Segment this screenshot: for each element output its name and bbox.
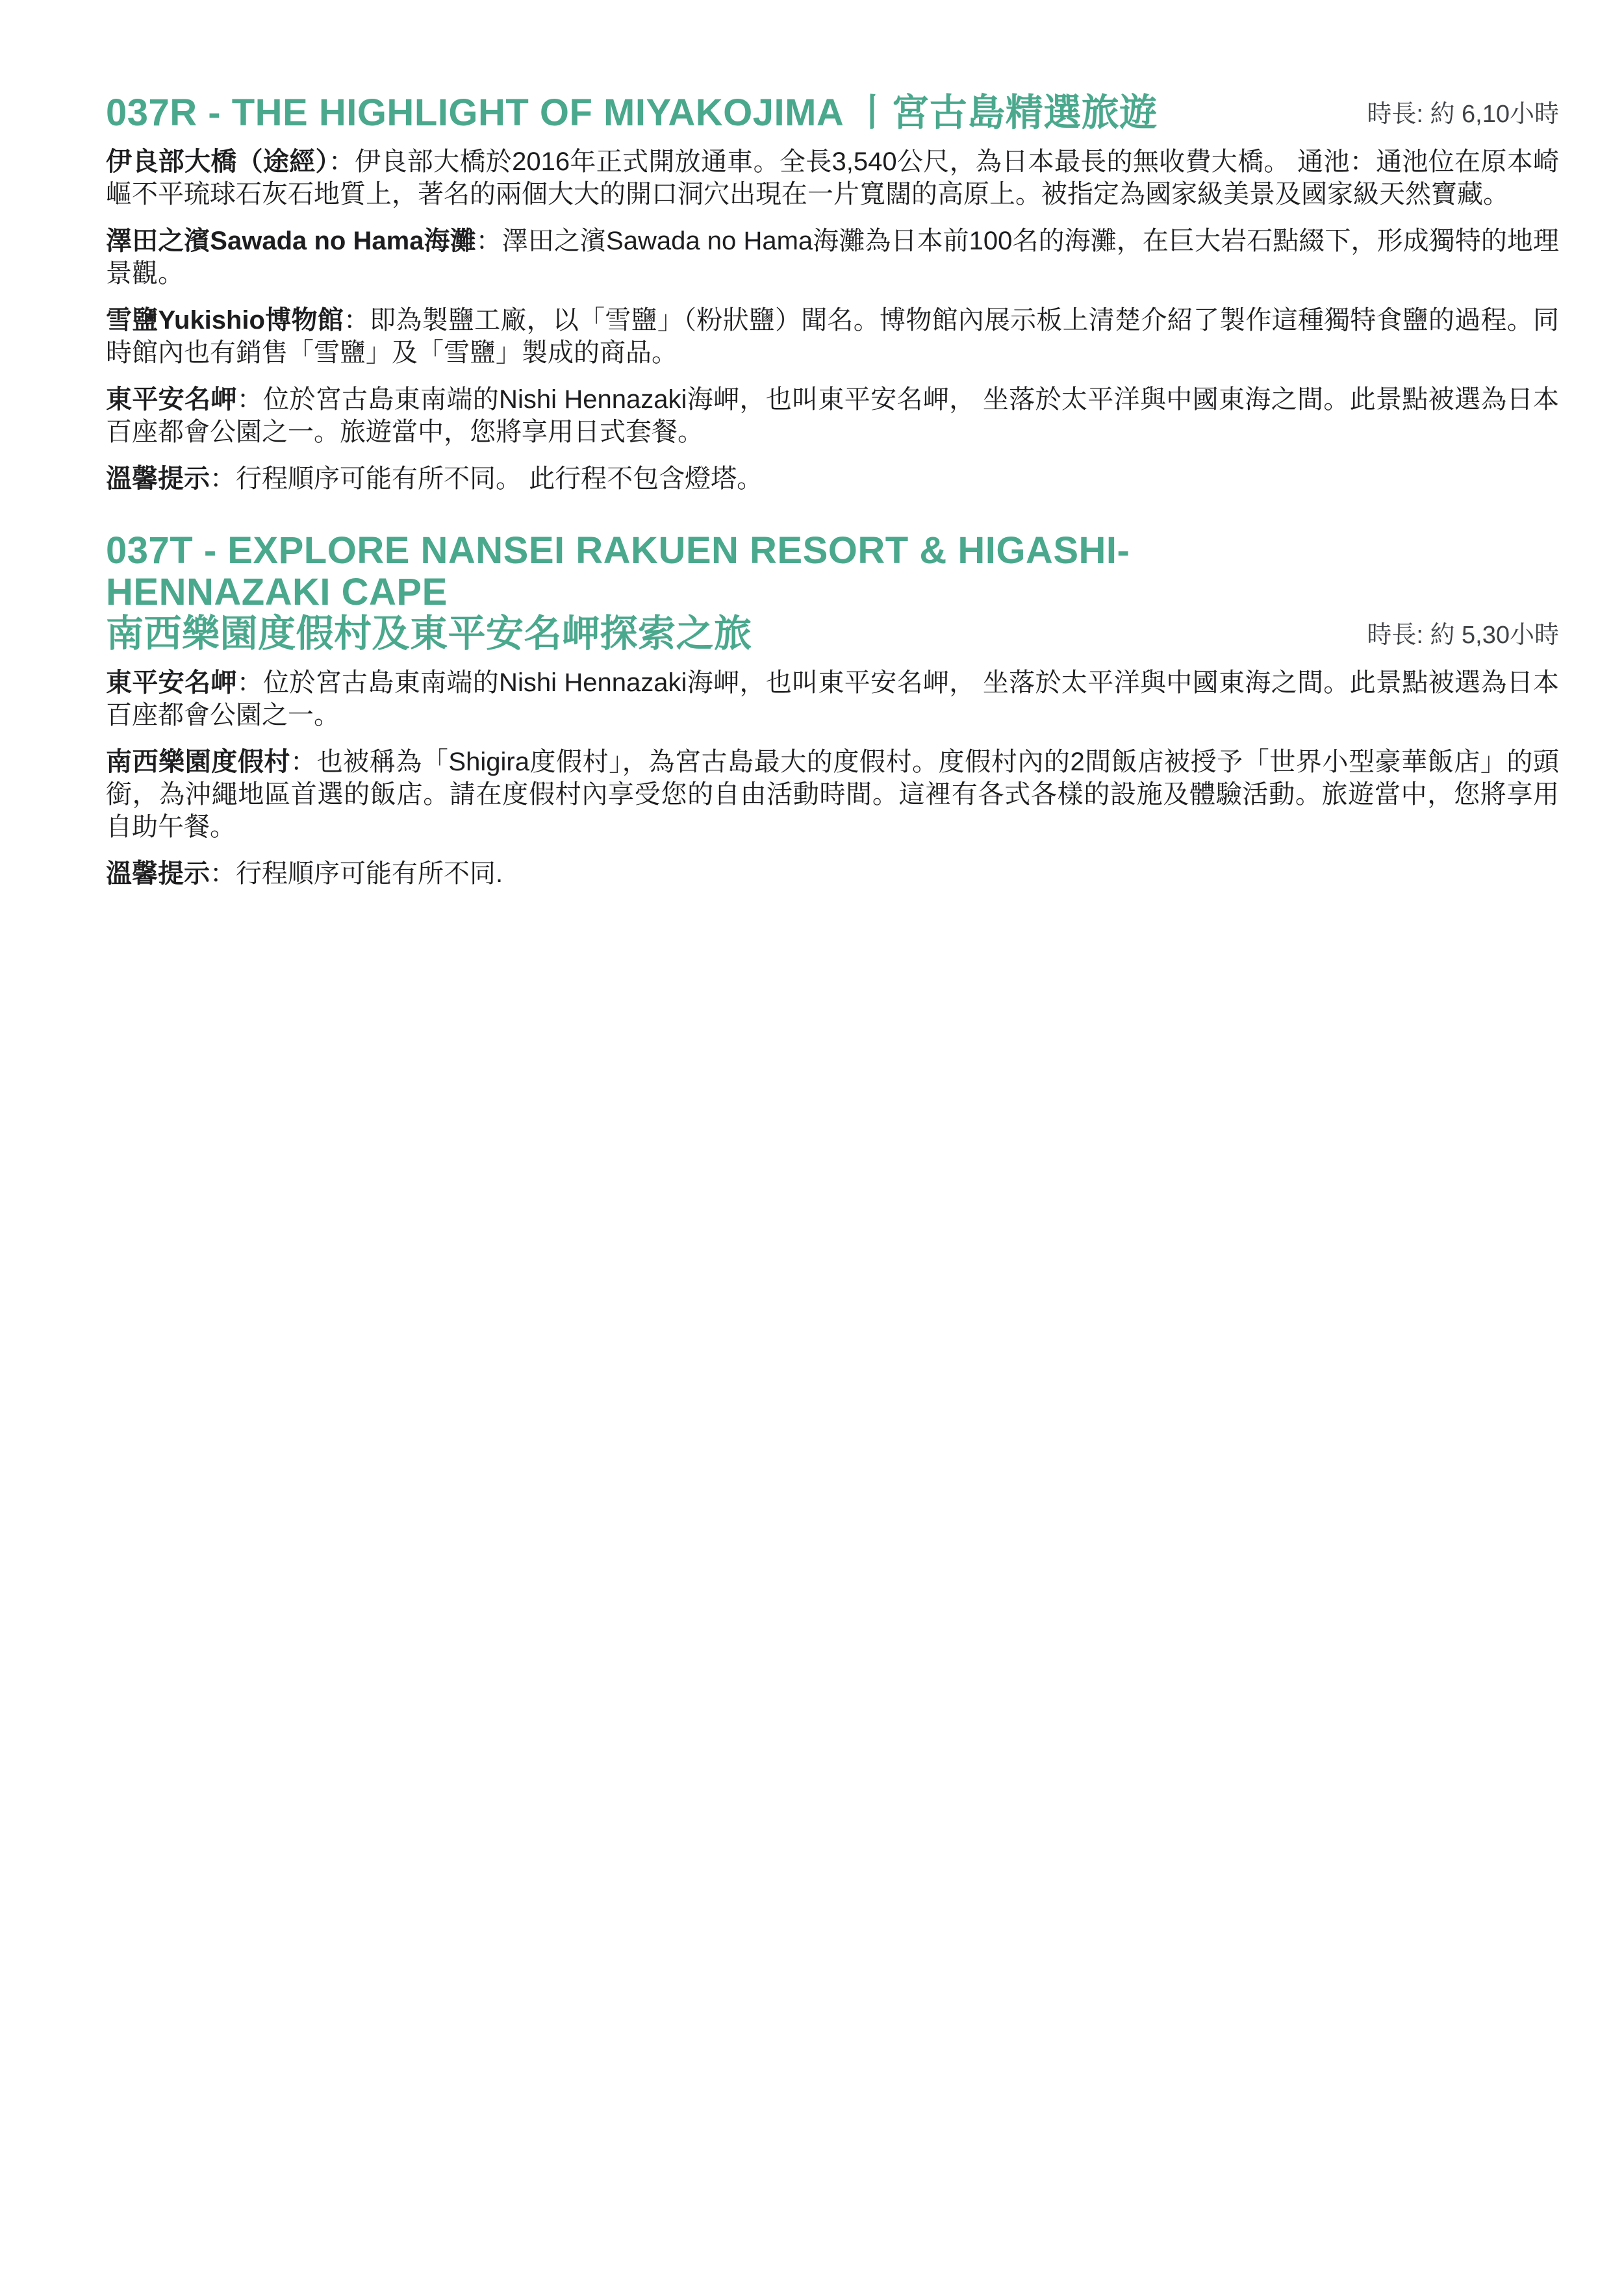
- paragraph-lead: 溫馨提示: [106, 464, 210, 493]
- tour-section-037t: 037T - EXPLORE NANSEI RAKUEN RESORT & HI…: [106, 530, 1559, 890]
- paragraph-nansei-rakuen-resort: 南西樂園度假村：也被稱為「Shigira度假村」，為宮古島最大的度假村。度假村內…: [106, 746, 1559, 843]
- paragraph-tips-037t: 溫馨提示：行程順序可能有所不同.: [106, 857, 1559, 890]
- paragraph-lead: 伊良部大橋（途經）: [106, 147, 329, 176]
- paragraph-irabu-bridge: 伊良部大橋（途經）：伊良部大橋於2016年正式開放通車。全長3,540公尺，為日…: [106, 146, 1559, 210]
- tour-title-line-english: 037T - EXPLORE NANSEI RAKUEN RESORT & HI…: [106, 530, 1341, 613]
- paragraph-sawada-no-hama: 澤田之濱Sawada no Hama海灘：澤田之濱Sawada no Hama海…: [106, 225, 1559, 290]
- paragraph-higashi-hennazaki: 東平安名岬：位於宮古島東南端的Nishi Hennazaki海岬，也叫東平安名岬…: [106, 383, 1559, 448]
- paragraph-text: ：位於宮古島東南端的Nishi Hennazaki海岬，也叫東平安名岬， 坐落於…: [106, 668, 1559, 729]
- paragraph-higashi-hennazaki-2: 東平安名岬：位於宮古島東南端的Nishi Hennazaki海岬，也叫東平安名岬…: [106, 666, 1559, 731]
- paragraph-lead: 東平安名岬: [106, 385, 237, 414]
- paragraph-text: ：也被稱為「Shigira度假村」，為宮古島最大的度假村。度假村內的2間飯店被授…: [106, 748, 1559, 841]
- paragraph-lead: 東平安名岬: [106, 668, 237, 697]
- paragraph-lead: 澤田之濱Sawada no Hama海灘: [106, 227, 476, 255]
- paragraph-text: ：行程順序可能有所不同。 此行程不包含燈塔。: [210, 464, 763, 493]
- document-page: 037R - THE HIGHLIGHT OF MIYAKOJIMA 丨宮古島精…: [0, 0, 1624, 2278]
- paragraph-yukishio-museum: 雪鹽Yukishio博物館：即為製鹽工廠，以「雪鹽」（粉狀鹽）聞名。博物館內展示…: [106, 304, 1559, 369]
- tour-title-line-chinese: 南西樂園度假村及東平安名岬探索之旅: [106, 613, 1341, 655]
- section-header-037r: 037R - THE HIGHLIGHT OF MIYAKOJIMA 丨宮古島精…: [106, 92, 1559, 134]
- paragraph-text: ：行程順序可能有所不同.: [210, 859, 503, 888]
- tour-duration-037t: 時長: 約 5,30小時: [1367, 620, 1559, 655]
- tour-title-037r: 037R - THE HIGHLIGHT OF MIYAKOJIMA 丨宮古島精…: [106, 92, 1158, 134]
- paragraph-tips-037r: 溫馨提示：行程順序可能有所不同。 此行程不包含燈塔。: [106, 462, 1559, 495]
- tour-title-037t: 037T - EXPLORE NANSEI RAKUEN RESORT & HI…: [106, 530, 1341, 655]
- tour-title-line: 037R - THE HIGHLIGHT OF MIYAKOJIMA 丨宮古島精…: [106, 92, 1158, 134]
- paragraph-lead: 雪鹽Yukishio博物館: [106, 306, 344, 335]
- tour-section-037r: 037R - THE HIGHLIGHT OF MIYAKOJIMA 丨宮古島精…: [106, 92, 1559, 495]
- tour-duration-037r: 時長: 約 6,10小時: [1367, 99, 1559, 134]
- paragraph-lead: 溫馨提示: [106, 859, 210, 888]
- paragraph-lead: 南西樂園度假村: [106, 748, 290, 776]
- paragraph-text: ：位於宮古島東南端的Nishi Hennazaki海岬，也叫東平安名岬， 坐落於…: [106, 385, 1559, 446]
- section-header-037t: 037T - EXPLORE NANSEI RAKUEN RESORT & HI…: [106, 530, 1559, 655]
